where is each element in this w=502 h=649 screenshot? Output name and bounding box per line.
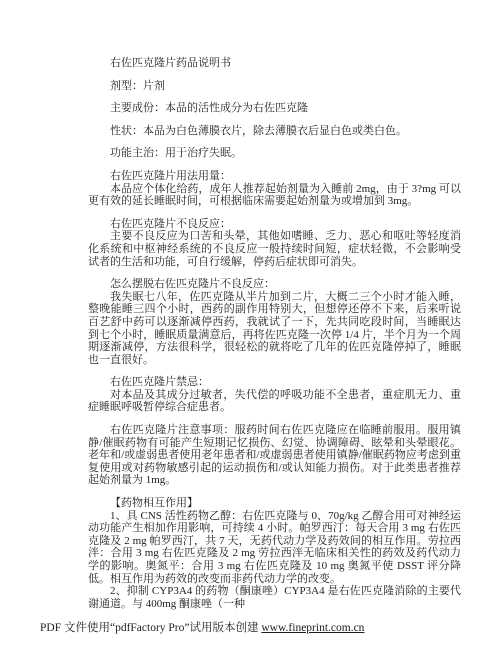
description-block: 性状：本品为白色薄膜衣片，除去薄膜衣后显白色或类白色。 [88, 125, 461, 138]
paragraph: 我失眠七八年，佐匹克隆从半片加到二片，大概二三个小时才能入睡，整晚能睡三四个小时… [88, 291, 461, 367]
contraindications-section-block: 右佐匹克隆片禁忌：对本品及其成分过敏者，失代偿的呼吸功能不全患者，重症肌无力、重… [88, 376, 461, 414]
fineprint-link[interactable]: www.fineprint.com.cn [261, 622, 364, 634]
main-ingredients-block: 主要成份：本品的活性成分为右佐匹克隆 [88, 102, 461, 115]
indications-block: 功能主治：用于治疗失眠。 [88, 147, 461, 160]
document-page: 右佐匹克隆片药品说明书 剂型：片剂主要成份：本品的活性成分为右佐匹克隆性状：本品… [0, 0, 502, 649]
footer-text: PDF 文件使用“pdfFactory Pro”试用版本创建 [40, 622, 261, 634]
usage-dosage-section-block: 右佐匹克隆片用法用量：本品应个体化给药，成年人推荐起始剂量为入睡前 2mg，由于… [88, 170, 461, 208]
paragraph: 性状：本品为白色薄膜衣片，除去薄膜衣后显白色或类白色。 [88, 125, 461, 138]
paragraph: 对本品及其成分过敏者，失代偿的呼吸功能不全患者，重症肌无力、重症睡眠呼吸暂停综合… [88, 389, 461, 414]
paragraph: 【药物相互作用】 [88, 497, 461, 510]
paragraph: 主要成份：本品的活性成分为右佐匹克隆 [88, 102, 461, 115]
get-rid-of-adverse-reactions-section-block: 怎么摆脱右佐匹克隆片不良反应：我失眠七八年，佐匹克隆从半片加到二片，大概二三个小… [88, 278, 461, 366]
dosage-form-block: 剂型：片剂 [88, 80, 461, 93]
adverse-reactions-section-block: 右佐匹克隆片不良反应：主要不良反应为口苦和头晕，其他如嗜睡、乏力、恶心和呕吐等轻… [88, 218, 461, 268]
paragraph: 主要不良反应为口苦和头晕，其他如嗜睡、乏力、恶心和呕吐等轻度消化系统和中枢神经系… [88, 230, 461, 268]
paragraph: 右佐匹克隆片注意事项：服药时间右佐匹克隆应在临睡前服用。服用镇静/催眠药物有可能… [88, 424, 461, 487]
paragraph: 功能主治：用于治疗失眠。 [88, 147, 461, 160]
page-title: 右佐匹克隆片药品说明书 [88, 57, 461, 70]
doc-blocks: 剂型：片剂主要成份：本品的活性成分为右佐匹克隆性状：本品为白色薄膜衣片，除去薄膜… [88, 80, 461, 611]
paragraph: 右佐匹克隆片禁忌： [88, 376, 461, 389]
drug-interactions-section-block: 【药物相互作用】1、具 CNS 活性药物乙醇：右佐匹克隆与 0、70g/kg 乙… [88, 497, 461, 610]
paragraph: 1、具 CNS 活性药物乙醇：右佐匹克隆与 0、70g/kg 乙醇合用可对神经运… [88, 510, 461, 586]
paragraph: 剂型：片剂 [88, 80, 461, 93]
paragraph: 右佐匹克隆片用法用量： [88, 170, 461, 183]
paragraph: 右佐匹克隆片不良反应： [88, 218, 461, 231]
paragraph: 怎么摆脱右佐匹克隆片不良反应： [88, 278, 461, 291]
paragraph: 本品应个体化给药，成年人推荐起始剂量为入睡前 2mg，由于 3?mg 可以更有效… [88, 183, 461, 208]
pdf-watermark-footer: PDF 文件使用“pdfFactory Pro”试用版本创建 www.finep… [40, 621, 364, 635]
paragraph: 2、抑制 CYP3A4 的药物（酮康唑）CYP3A4 是右佐匹克隆消除的主要代谢… [88, 585, 461, 610]
doc-content: 右佐匹克隆片药品说明书 剂型：片剂主要成份：本品的活性成分为右佐匹克隆性状：本品… [88, 57, 461, 610]
precautions-section-block: 右佐匹克隆片注意事项：服药时间右佐匹克隆应在临睡前服用。服用镇静/催眠药物有可能… [88, 424, 461, 487]
